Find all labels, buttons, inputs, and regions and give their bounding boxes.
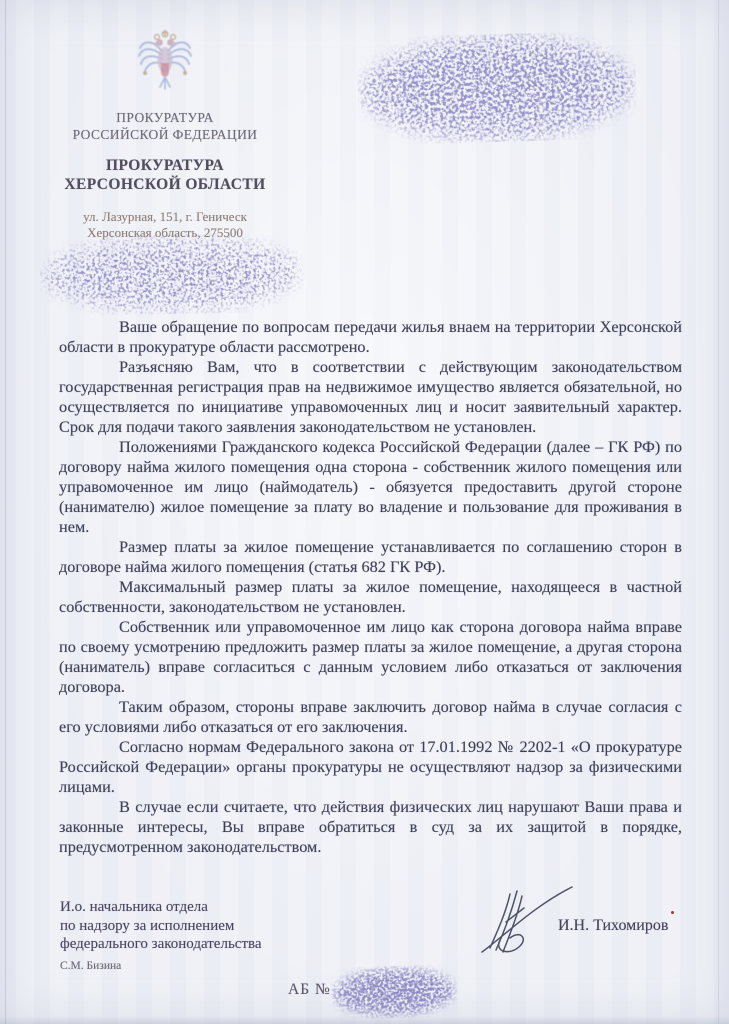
redaction-scribble-recipient (357, 30, 638, 146)
paragraph: Разъясняю Вам, что в соответствии с дейс… (59, 357, 682, 437)
org-name: ПРОКУРАТУРА ХЕРСОНСКОЙ ОБЛАСТИ (30, 156, 300, 194)
address-line-1: ул. Лазурная, 151, г. Геническ (30, 209, 300, 225)
signer-name: И.Н. Тихомиров (558, 917, 668, 935)
paragraph: Положениями Гражданского кодекса Российс… (59, 437, 682, 537)
russia-coat-of-arms-icon (136, 27, 194, 93)
letter-body: Ваше обращение по вопросам передачи жиль… (59, 317, 682, 857)
blank-series-label: АБ № (288, 981, 331, 999)
paragraph: Таким образом, стороны вправе заключить … (59, 697, 682, 737)
redaction-scribble-reference (39, 232, 304, 317)
executor-name: С.М. Бизина (60, 960, 121, 972)
signer-position: И.о. начальника отдела по надзору за исп… (60, 898, 262, 954)
parent-org-line-2: РОССИЙСКОЙ ФЕДЕРАЦИИ (30, 127, 300, 144)
org-line-1: ПРОКУРАТУРА (30, 156, 300, 175)
paragraph: В случае если считаете, что действия физ… (59, 797, 682, 857)
signer-position-line-2: по надзору за исполнением (60, 917, 262, 936)
scan-edge-right (718, 0, 719, 1024)
scanned-letter-page: ПРОКУРАТУРА РОССИЙСКОЙ ФЕДЕРАЦИИ ПРОКУРА… (0, 0, 729, 1024)
paragraph: Размер платы за жилое помещение устанавл… (59, 537, 682, 577)
paragraph: Максимальный размер платы за жилое помещ… (59, 577, 682, 617)
signer-position-line-3: федерального законодательства (60, 935, 262, 954)
paragraph: Ваше обращение по вопросам передачи жиль… (59, 317, 682, 357)
letterhead: ПРОКУРАТУРА РОССИЙСКОЙ ФЕДЕРАЦИИ ПРОКУРА… (30, 27, 300, 240)
parent-org-line-1: ПРОКУРАТУРА (30, 110, 300, 127)
paragraph: Собственник или управомоченное им лицо к… (59, 617, 682, 697)
paragraph: Согласно нормам Федерального закона от 1… (59, 737, 682, 797)
scan-edge-left (5, 0, 6, 1024)
redaction-scribble-blank-number (330, 964, 458, 1020)
org-line-2: ХЕРСОНСКОЙ ОБЛАСТИ (30, 175, 300, 194)
parent-org-name: ПРОКУРАТУРА РОССИЙСКОЙ ФЕДЕРАЦИИ (30, 110, 300, 143)
scan-speck-artifact (671, 911, 674, 914)
signer-position-line-1: И.о. начальника отдела (60, 898, 262, 917)
